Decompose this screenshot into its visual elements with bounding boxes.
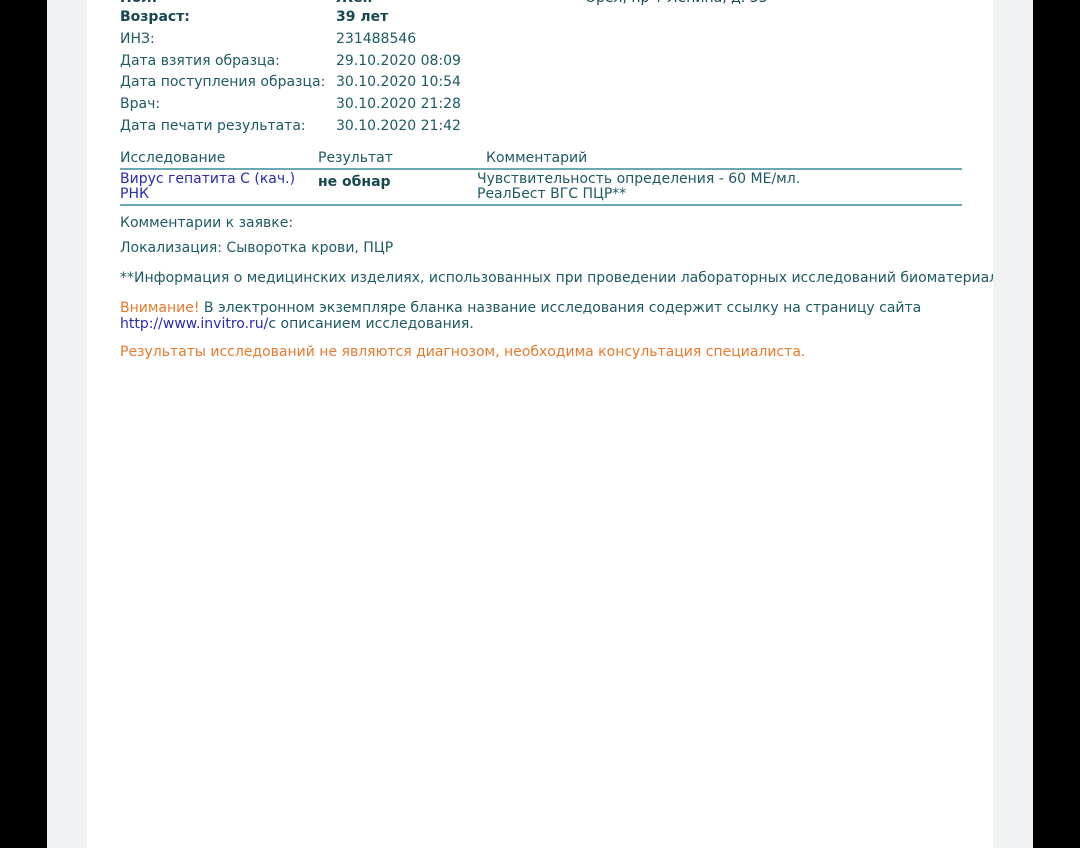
info-label: ИНЗ: bbox=[120, 29, 155, 49]
info-label: Возраст: bbox=[120, 7, 190, 27]
invitro-link[interactable]: http://www.invitro.ru/ bbox=[120, 316, 268, 332]
info-row-inz: ИНЗ: 231488546 bbox=[120, 29, 962, 49]
result-value: не обнар bbox=[318, 175, 391, 190]
info-label: Врач: bbox=[120, 94, 160, 114]
info-value: 39 лет bbox=[336, 7, 388, 27]
comment-cell: Чувствительность определения - 60 МЕ/мл.… bbox=[477, 172, 800, 202]
info-value: 30.10.2020 21:28 bbox=[336, 94, 461, 114]
info-value: 231488546 bbox=[336, 29, 416, 49]
footnote-text: **Информация о медицинских изделиях, исп… bbox=[120, 270, 993, 286]
comment-line: РеалБест ВГС ПЦР** bbox=[477, 187, 800, 202]
table-header-divider bbox=[120, 168, 962, 170]
info-label: Дата взятия образца: bbox=[120, 51, 280, 71]
disclaimer-text: Результаты исследований не являются диаг… bbox=[120, 344, 805, 360]
info-label: Дата поступления образца: bbox=[120, 72, 325, 92]
test-name-link[interactable]: Вирус гепатита С (кач.) РНК bbox=[120, 172, 295, 202]
localization-text: Локализация: Сыворотка крови, ПЦР bbox=[120, 240, 393, 256]
test-name-line: РНК bbox=[120, 187, 295, 202]
info-label: Дата печати результата: bbox=[120, 116, 306, 136]
cut-off-address: Орёл, пр-т Ленина, д. 33 bbox=[585, 0, 768, 6]
attention-text-end: с описанием исследования. bbox=[268, 316, 473, 332]
cut-off-label: Пол: bbox=[120, 0, 157, 6]
test-name-line: Вирус гепатита С (кач.) bbox=[120, 172, 295, 187]
order-comments-label: Комментарии к заявке: bbox=[120, 215, 293, 231]
info-row-doctor: Врач: 30.10.2020 21:28 bbox=[120, 94, 962, 114]
cut-off-value: Жен bbox=[336, 0, 372, 6]
attention-notice: Внимание! В электронном экземпляре бланк… bbox=[120, 300, 962, 332]
column-header-test: Исследование bbox=[120, 148, 225, 168]
document-page: Пол: Жен Орёл, пр-т Ленина, д. 33 Возрас… bbox=[87, 0, 993, 848]
attention-label: Внимание! bbox=[120, 300, 199, 316]
info-row-receipt-date: Дата поступления образца: 30.10.2020 10:… bbox=[120, 72, 962, 92]
comment-line: Чувствительность определения - 60 МЕ/мл. bbox=[477, 172, 800, 187]
info-value: 29.10.2020 08:09 bbox=[336, 51, 461, 71]
attention-text: В электронном экземпляре бланка название… bbox=[199, 300, 921, 316]
info-value: 30.10.2020 21:42 bbox=[336, 116, 461, 136]
column-header-comment: Комментарий bbox=[486, 148, 587, 168]
cut-off-header-row: Пол: Жен Орёл, пр-т Ленина, д. 33 bbox=[120, 0, 962, 4]
column-header-result: Результат bbox=[318, 148, 393, 168]
info-row-print-date: Дата печати результата: 30.10.2020 21:42 bbox=[120, 116, 962, 136]
info-row-sample-date: Дата взятия образца: 29.10.2020 08:09 bbox=[120, 51, 962, 71]
table-bottom-divider bbox=[120, 204, 962, 206]
info-value: 30.10.2020 10:54 bbox=[336, 72, 461, 92]
info-row-age: Возраст: 39 лет bbox=[120, 7, 962, 27]
